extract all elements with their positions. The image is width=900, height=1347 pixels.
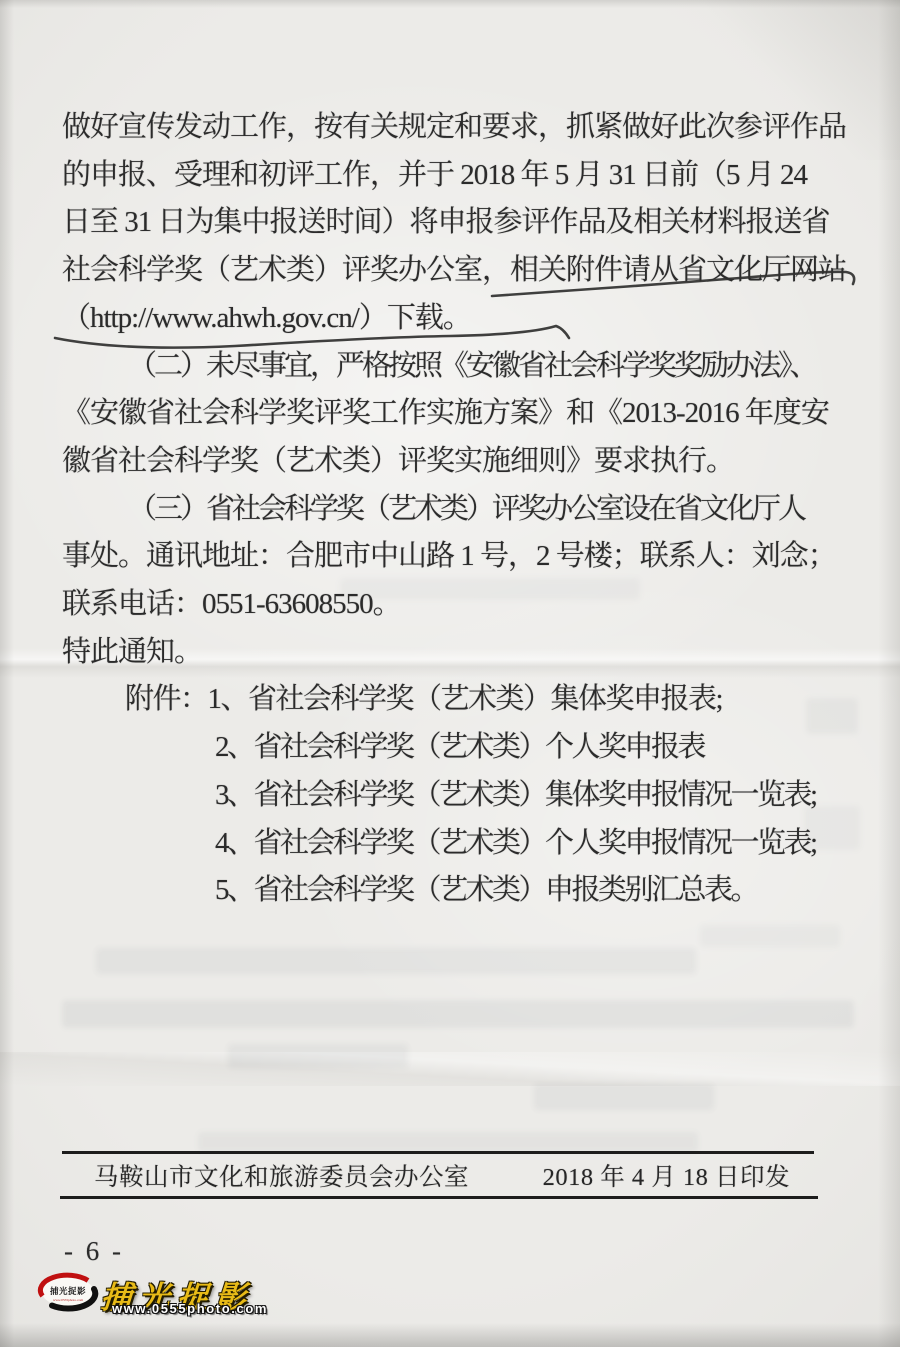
ink-bleedthrough [96, 948, 696, 974]
badge-background [42, 1278, 94, 1307]
colophon: 马鞍山市文化和旅游委员会办公室 2018 年 4 月 18 日印发 [62, 1155, 814, 1195]
page-number: - 6 - [64, 1236, 124, 1267]
attachment-list-item: 2、省社会科学奖（艺术类）个人奖申报表 [62, 724, 854, 772]
body-line-url: （http://www.ahwh.gov.cn/）下载。 [62, 295, 854, 343]
attachment-list-item: 4、省社会科学奖（艺术类）个人奖申报情况一览表; [62, 820, 854, 868]
paper-crease [0, 1052, 900, 1086]
body-line: 特此通知。 [62, 629, 854, 677]
issuing-office: 马鞍山市文化和旅游委员会办公室 [94, 1158, 469, 1193]
scan-edge [878, 0, 900, 1347]
badge-title: 捕光捉影 [49, 1286, 86, 1296]
ink-bleedthrough [700, 925, 840, 947]
scan-edge [0, 0, 14, 1347]
colophon-rule-bottom [60, 1196, 818, 1199]
watermark-brand-text: 捕光捉影 [99, 1272, 254, 1317]
attachment-list-item: 5、省社会科学奖（艺术类）申报类别汇总表。 [62, 867, 854, 915]
badge-black-arc [52, 1289, 95, 1309]
ink-bleedthrough [62, 1000, 854, 1028]
scan-edge [0, 0, 900, 8]
body-line: （二）未尽事宜，严格按照《安徽省社会科学奖奖励办法》、 [62, 343, 854, 391]
attachment-list-item: 3、省社会科学奖（艺术类）集体奖申报情况一览表; [62, 772, 854, 820]
body-line: 联系电话：0551-63608550。 [62, 581, 854, 629]
colophon-rule-top [62, 1151, 814, 1154]
document-body: 做好宣传发动工作，按有关规定和要求，抓紧做好此次参评作品 的申报、受理和初评工作… [62, 104, 854, 915]
attachment-list-item: 附件：1、省社会科学奖（艺术类）集体奖申报表; [62, 676, 854, 724]
badge-red-arc [40, 1275, 88, 1296]
watermark-site-text: www.0555photo.com [112, 1301, 268, 1316]
scanned-document-page: 做好宣传发动工作，按有关规定和要求，抓紧做好此次参评作品 的申报、受理和初评工作… [0, 0, 900, 1347]
scan-edge [0, 1323, 900, 1347]
body-line: 做好宣传发动工作，按有关规定和要求，抓紧做好此次参评作品 [62, 104, 854, 152]
body-line: 日至 31 日为集中报送时间）将申报参评作品及相关材料报送省 [62, 199, 854, 247]
studio-logo-badge: 捕光捉影 www.0555photo.com [37, 1271, 99, 1313]
body-line: 《安徽省社会科学奖评奖工作实施方案》和《2013-2016 年度安 [62, 390, 854, 438]
body-line: 的申报、受理和初评工作，并于 2018 年 5 月 31 日前（5 月 24 [62, 152, 854, 200]
ink-bleedthrough [198, 1132, 698, 1152]
body-line: （三）省社会科学奖（艺术类）评奖办公室设在省文化厅人 [62, 486, 854, 534]
print-date: 2018 年 4 月 18 日印发 [543, 1158, 790, 1193]
ink-bleedthrough [534, 1084, 714, 1110]
body-line: 社会科学奖（艺术类）评奖办公室，相关附件请从省文化厅网站 [62, 247, 854, 295]
badge-site-text: www.0555photo.com [53, 1298, 83, 1302]
body-line: 事处。通讯地址：合肥市中山路 1 号，2 号楼；联系人：刘念； [62, 533, 854, 581]
body-line: 徽省社会科学奖（艺术类）评奖实施细则》要求执行。 [62, 438, 854, 486]
